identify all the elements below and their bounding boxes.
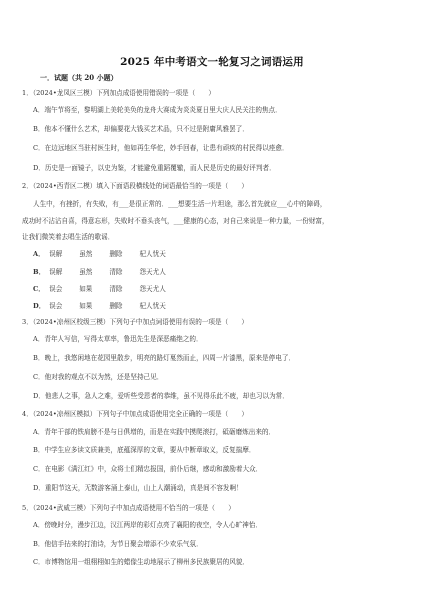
question-5-stem: 5．（2024•武威三模）下列句子中加点成语使用不恰当的一项是（ ） xyxy=(22,504,235,513)
question-3-option-a: A．青年人写信，写得太草率，鲁迅先生是深恶痛绝之的． xyxy=(33,335,203,344)
option-word: 清除 xyxy=(109,268,137,277)
section-heading: 一．试题（共 20 小题） xyxy=(40,73,118,83)
question-1-option-c: C．在边远地区当驻村医生时，他如再生华佗，妙手回春，让患有顽疾的村民得以痊愈． xyxy=(33,144,289,153)
option-word: 怨天尤人 xyxy=(139,285,165,294)
question-1-option-d: D．历史是一面镜子，以史为鉴，才能避免重蹈覆辙，而人民是历史的最好评判者． xyxy=(33,164,276,173)
question-4-stem: 4．（2024•凉州区模拟）下列句子中加点成语使用完全正确的一项是（ ） xyxy=(22,410,248,419)
option-word: 清除 xyxy=(109,285,137,294)
document-title: 2025 年中考语文一轮复习之词语运用 xyxy=(0,54,424,69)
question-2-passage-line-1: 人生中，有挫折，有失败，有___是很正常的．___想要生活一片坦途，那么首先就应… xyxy=(33,200,326,209)
option-word: 虽然 xyxy=(79,268,107,277)
option-word: 删除 xyxy=(109,302,137,311)
option-label: B． xyxy=(33,268,47,277)
question-4-option-b: B．中学生应多读文质兼美，底蕴深厚的文章，要从中断章取义，反复揣摩． xyxy=(33,446,255,455)
option-word: 杞人忧天 xyxy=(139,250,165,259)
question-4-option-c: C．在电影《满江红》中，众将士们精忠报国，前仆后继，感动和激励着大众． xyxy=(33,465,262,474)
option-label: A． xyxy=(33,250,47,259)
question-2-option-a: A． 误解 虽然 删除 杞人忧天 xyxy=(33,250,166,259)
option-word: 误会 xyxy=(49,285,77,294)
question-5-option-b: B．他信手拈来的打油诗，为节日聚会增添不少欢乐气氛． xyxy=(33,540,203,549)
question-2-option-d: D． 误会 如果 删除 杞人忧天 xyxy=(33,302,166,311)
option-word: 杞人忧天 xyxy=(139,302,165,311)
option-word: 误会 xyxy=(49,302,77,311)
question-1-option-a: A．端午节将至，黎明湖上美轮美奂的龙舟大赛成为炎炎夏日里大庆人民关注的焦点． xyxy=(33,106,282,115)
question-5-option-a: A．傍晚时分，漫步江边，汉江两岸的彩灯点亮了襄阳的夜空，令人心旷神怡． xyxy=(33,521,262,530)
option-word: 删除 xyxy=(109,250,137,259)
question-5-option-c: C．市博物馆用一组栩栩如生的蜡像生动地展示了柳州多民族聚居的风貌． xyxy=(33,558,249,567)
question-2-passage-line-3: 让我们微笑着去唱生活的歌谣． xyxy=(22,233,114,242)
option-label: C． xyxy=(33,285,47,294)
option-word: 如果 xyxy=(79,285,107,294)
question-2-option-b: B． 误解 虽然 清除 怨天尤人 xyxy=(33,268,166,277)
option-word: 如果 xyxy=(79,302,107,311)
question-2-stem: 2．（2024•西青区二模）填入下面语段横线处的词语最恰当的一项是（ ） xyxy=(22,182,248,191)
question-3-option-b: B．晚上，我悠闲地在花园里散步，明亮的路灯戛然而止，四周一片漆黑，原来是停电了． xyxy=(33,354,295,363)
question-4-option-d: D．重阳节这天，无数游客涌上泰山，山上人潮涌动，真是间不容发啊！ xyxy=(33,484,243,493)
question-4-option-a: A．青年干部的铁肩膀不是与日俱增的，而是在实践中摸爬滚打，砥砺磨炼出来的． xyxy=(33,428,275,437)
option-word: 误解 xyxy=(49,268,77,277)
option-label: D． xyxy=(33,302,47,311)
question-1-option-b: B．他本不懂什么艺术，却偏要花大钱买艺术品，只不过是附庸风雅罢了． xyxy=(33,125,249,134)
question-3-option-d: D．他悲人之事，急人之难，爱听些受恩者的恭维，虽不见得乐此不疲，却也习以为常． xyxy=(33,392,289,401)
option-word: 误解 xyxy=(49,250,77,259)
document-page: 2025 年中考语文一轮复习之词语运用 一．试题（共 20 小题） 1．（202… xyxy=(0,0,424,600)
question-2-option-c: C． 误会 如果 清除 怨天尤人 xyxy=(33,285,166,294)
question-2-passage-line-2: 成功时不沾沾自喜，得意忘形，失败时不垂头丧气，___健康的心态，对自己来说是一种… xyxy=(22,217,329,226)
option-word: 虽然 xyxy=(79,250,107,259)
question-3-stem: 3．（2024•凉州区校级三模）下列句子中加点词语使用有误的一项是（ ） xyxy=(22,318,248,327)
question-1-stem: 1．（2024•龙凤区三模）下列加点成语使用错误的一项是（ ） xyxy=(22,89,215,98)
option-word: 怨天尤人 xyxy=(139,268,165,277)
question-3-option-c: C．他对我的观点不以为然，还是坚持己见． xyxy=(33,373,163,382)
